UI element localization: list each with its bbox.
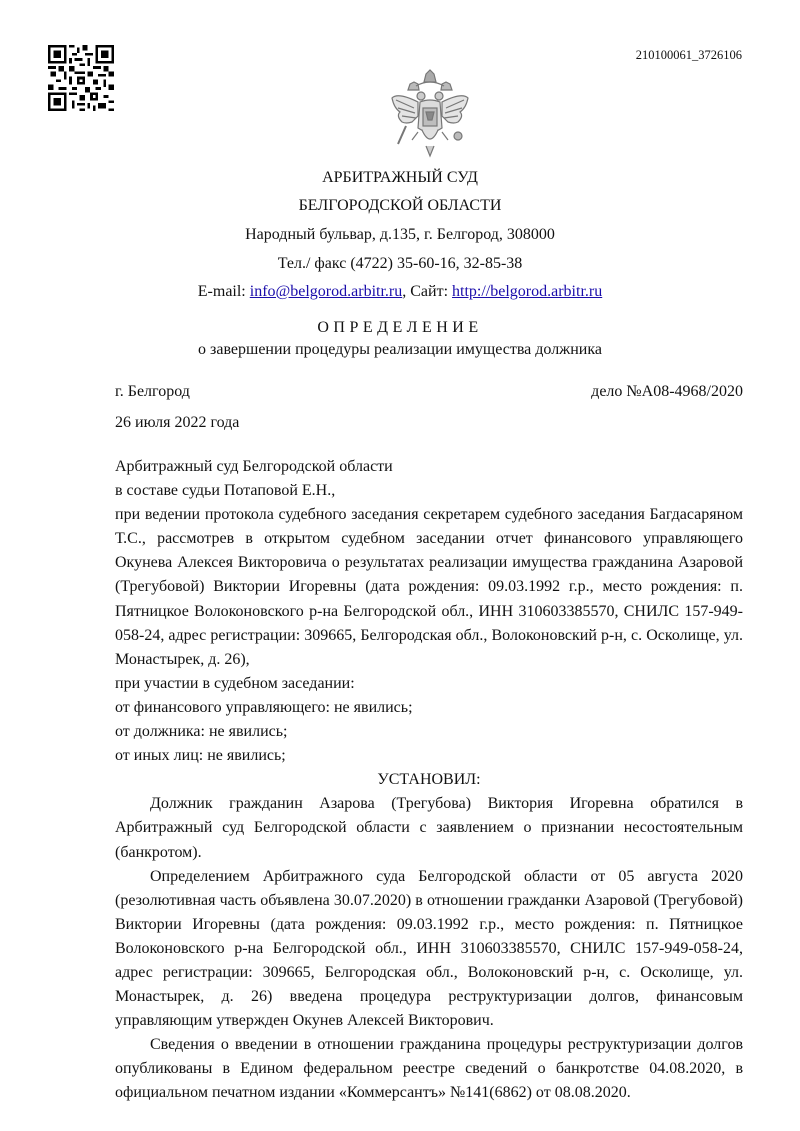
attendance-debtor: от должника: не явились; — [115, 720, 743, 744]
site-label: , Сайт: — [402, 283, 452, 300]
paragraph-2: Определением Арбитражного суда Белгородс… — [115, 865, 743, 1034]
coat-of-arms-russia-icon — [388, 68, 472, 162]
document-id: 210100061_3726106 — [636, 48, 742, 63]
intro-paragraph: при ведении протокола судебного заседани… — [115, 503, 743, 672]
decision-date: 26 июля 2022 года — [115, 413, 239, 433]
established-heading: УСТАНОВИЛ: — [115, 768, 743, 792]
email-link[interactable]: info@belgorod.arbitr.ru — [250, 283, 402, 300]
court-contacts: E-mail: info@belgorod.arbitr.ru, Сайт: h… — [0, 282, 800, 302]
qr-code-icon — [48, 45, 114, 111]
paragraph-3: Сведения о введении в отношении граждани… — [115, 1033, 743, 1105]
attendance-manager: от финансового управляющего: не явились; — [115, 696, 743, 720]
court-address: Народный бульвар, д.135, г. Белгород, 30… — [0, 225, 800, 245]
case-number: дело №А08-4968/2020 — [591, 382, 743, 402]
document-subtitle: о завершении процедуры реализации имущес… — [0, 340, 800, 360]
intro-block: Арбитражный суд Белгородской области в с… — [115, 455, 743, 1106]
city: г. Белгород — [115, 382, 190, 402]
intro-court: Арбитражный суд Белгородской области — [115, 455, 743, 479]
email-label: E-mail: — [198, 283, 250, 300]
intro-participation: при участии в судебном заседании: — [115, 672, 743, 696]
court-name-line1: АРБИТРАЖНЫЙ СУД — [0, 168, 800, 188]
court-name-line2: БЕЛГОРОДСКОЙ ОБЛАСТИ — [0, 196, 800, 216]
document-title: ОПРЕДЕЛЕНИЕ — [0, 318, 800, 338]
court-phone: Тел./ факс (4722) 35-60-16, 32-85-38 — [0, 254, 800, 274]
attendance-others: от иных лиц: не явились; — [115, 744, 743, 768]
intro-judge: в составе судьи Потаповой Е.Н., — [115, 479, 743, 503]
site-link[interactable]: http://belgorod.arbitr.ru — [452, 283, 602, 300]
paragraph-1: Должник гражданин Азарова (Трегубова) Ви… — [115, 792, 743, 864]
